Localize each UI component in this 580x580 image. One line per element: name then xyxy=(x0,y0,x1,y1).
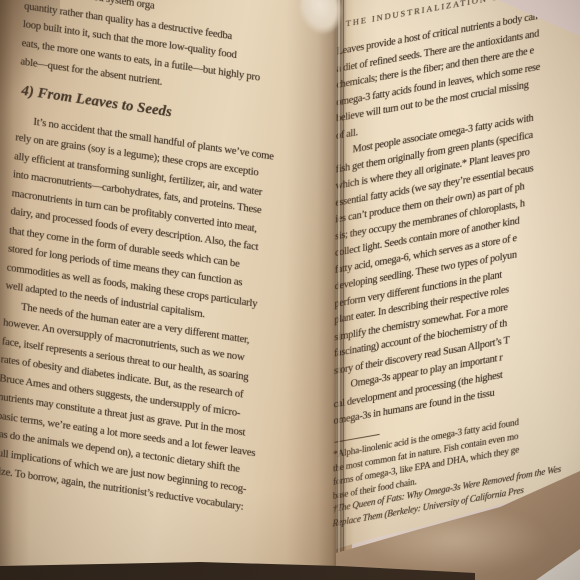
book-photo: is right, then a food system orgaquantit… xyxy=(0,0,580,580)
left-page-text: is right, then a food system orgaquantit… xyxy=(0,0,367,530)
spine-crease-line xyxy=(343,0,344,580)
surface-highlight xyxy=(360,505,550,575)
right-page-text: THE INDUSTRIALIZATION OF Leaves provide … xyxy=(333,0,580,532)
right-paragraph-2: Most people associate omega-3 fatty acid… xyxy=(334,98,580,380)
page-stack-highlight xyxy=(338,0,340,580)
